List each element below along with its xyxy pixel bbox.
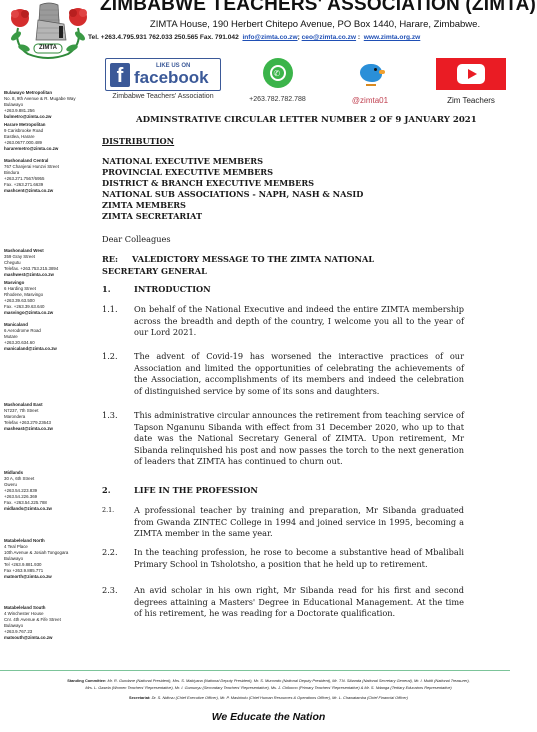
office-email-link[interactable]: masheast@zimta.co.zw <box>4 426 90 432</box>
office-block: Manicaland6 Aerodrome RoadMutare+263.20.… <box>4 322 90 352</box>
facebook-badge[interactable]: f LIKE US ON facebook Zimbabwe Teachers'… <box>103 58 223 106</box>
facebook-caption: Zimbabwe Teachers' Association <box>103 93 223 100</box>
subject-label: RE: <box>102 254 132 266</box>
zimta-logo: ZIMTA <box>4 0 92 62</box>
standing-committee-line-2: Mrs. L. Gasela (Women Teachers' Represen… <box>0 685 537 690</box>
distribution-heading: DISTRIBUTION <box>102 136 174 146</box>
info-email-link[interactable]: info@zimta.co.zw <box>242 34 297 41</box>
subject-text-b: SECRETARY GENERAL <box>102 266 207 276</box>
twitter-bird-icon <box>354 58 386 88</box>
section-heading-introduction: 1.INTRODUCTION <box>102 284 211 294</box>
logo-text: ZIMTA <box>37 45 59 51</box>
office-block: Masvingo6 Harding StreetRhodene, Masving… <box>4 280 90 316</box>
office-block: Harare Metropolitan9 Carisbrooke RoadEas… <box>4 122 90 152</box>
office-email-link[interactable]: midlands@zimta.co.zw <box>4 506 90 512</box>
youtube-badge[interactable]: Zim Teachers <box>435 58 507 106</box>
paragraph-2-2: 2.2. In the teaching profession, he rose… <box>102 547 464 570</box>
facebook-icon: f <box>110 63 130 87</box>
motto: We Educate the Nation <box>0 711 537 723</box>
office-block: Matabeleland North4 Teal Place10th Avenu… <box>4 538 90 580</box>
distribution-item: PROVINCIAL EXECUTIVE MEMBERS <box>102 167 363 178</box>
salutation: Dear Colleagues <box>102 234 171 244</box>
paragraph-2-1: 2.1. A professional teacher by training … <box>102 505 464 540</box>
twitter-caption: @zimta01 <box>340 96 400 105</box>
distribution-item: DISTRICT & BRANCH EXECUTIVE MEMBERS <box>102 178 363 189</box>
whatsapp-badge[interactable]: ✆ +263.782.782.788 <box>240 58 315 106</box>
office-block: Matabeleland South4 Winchester HouseCnr.… <box>4 605 90 641</box>
secretariat-line: Secretariat: Dr. S. Ndlovu (Chief Execut… <box>0 695 537 700</box>
office-block: Mashonaland West359 Gray StreetChegutuTe… <box>4 248 90 278</box>
subject-text-a: VALEDICTORY MESSAGE TO THE ZIMTA NATIONA… <box>132 254 374 264</box>
section-heading-life-in-profession: 2.LIFE IN THE PROFESSION <box>102 485 258 495</box>
office-block: Mashonaland EastN7237, 7th StreetMaronde… <box>4 402 90 432</box>
office-email-link[interactable]: manicaland@zimta.co.zw <box>4 346 90 352</box>
website-link[interactable]: www.zimta.org.zw <box>364 34 421 41</box>
distribution-item: ZIMTA SECRETARIAT <box>102 211 363 222</box>
youtube-caption: Zim Teachers <box>435 96 507 105</box>
standing-committee-line-1: Standing Committee: Mr. R. Gundane (Nati… <box>0 678 537 683</box>
circular-title: ADMINSTRATIVE CIRCULAR LETTER NUMBER 2 O… <box>136 115 477 125</box>
ceo-email-link[interactable]: ceo@zimta.co.zw <box>302 34 356 41</box>
office-block: Bulawayo MetropolitanNo. 8, 9th Avenue &… <box>4 90 90 120</box>
facebook-wordmark: facebook <box>134 69 209 87</box>
office-block: Mashonaland Central767 Chanjerai Hunzvi … <box>4 158 90 194</box>
paragraph-1-2: 1.2. The advent of Covid-19 has worsened… <box>102 351 464 397</box>
youtube-icon <box>436 58 506 90</box>
distribution-item: NATIONAL SUB ASSOCIATIONS - NAPH, NASH &… <box>102 189 363 200</box>
office-email-link[interactable]: masvingo@zimta.co.zw <box>4 310 90 316</box>
office-email-link[interactable]: matnorth@zimta.co.zw <box>4 574 90 580</box>
distribution-list: NATIONAL EXECUTIVE MEMBERS PROVINCIAL EX… <box>102 156 363 223</box>
twitter-badge[interactable]: @zimta01 <box>340 58 400 106</box>
office-email-link[interactable]: hararemetro@zimta.co.zw <box>4 146 90 152</box>
distribution-item: NATIONAL EXECUTIVE MEMBERS <box>102 156 363 167</box>
office-email-link[interactable]: mashcent@zimta.co.zw <box>4 188 90 194</box>
office-email-link[interactable]: matsouth@zimta.co.zw <box>4 635 90 641</box>
tel-label: Tel. <box>88 34 99 41</box>
paragraph-2-3: 2.3. An avid scholar in his own right, M… <box>102 585 464 620</box>
office-email-link[interactable]: bulmetro@zimta.co.zw <box>4 114 90 120</box>
office-block: Midlands30 A, 6th StreetGweru+263.54.223… <box>4 470 90 512</box>
tel-numbers: +263.4.795.931 762.033 250.565 Fax. 791.… <box>101 34 239 41</box>
subject-line: RE:VALEDICTORY MESSAGE TO THE ZIMTA NATI… <box>102 254 447 277</box>
organization-contacts: Tel. +263.4.795.931 762.033 250.565 Fax.… <box>88 34 537 41</box>
whatsapp-icon: ✆ <box>263 58 293 88</box>
distribution-item: ZIMTA MEMBERS <box>102 200 363 211</box>
paragraph-1-3: 1.3. This administrative circular announ… <box>102 410 464 468</box>
organization-address: ZIMTA House, 190 Herbert Chitepo Avenue,… <box>100 19 530 30</box>
organization-title: ZIMBABWE TEACHERS' ASSOCIATION (ZIMTA) <box>100 0 530 16</box>
paragraph-1-1: 1.1. On behalf of the National Executive… <box>102 304 464 339</box>
footer-divider <box>0 670 510 671</box>
whatsapp-caption: +263.782.782.788 <box>240 96 315 103</box>
office-email-link[interactable]: mashwest@zimta.co.zw <box>4 272 90 278</box>
